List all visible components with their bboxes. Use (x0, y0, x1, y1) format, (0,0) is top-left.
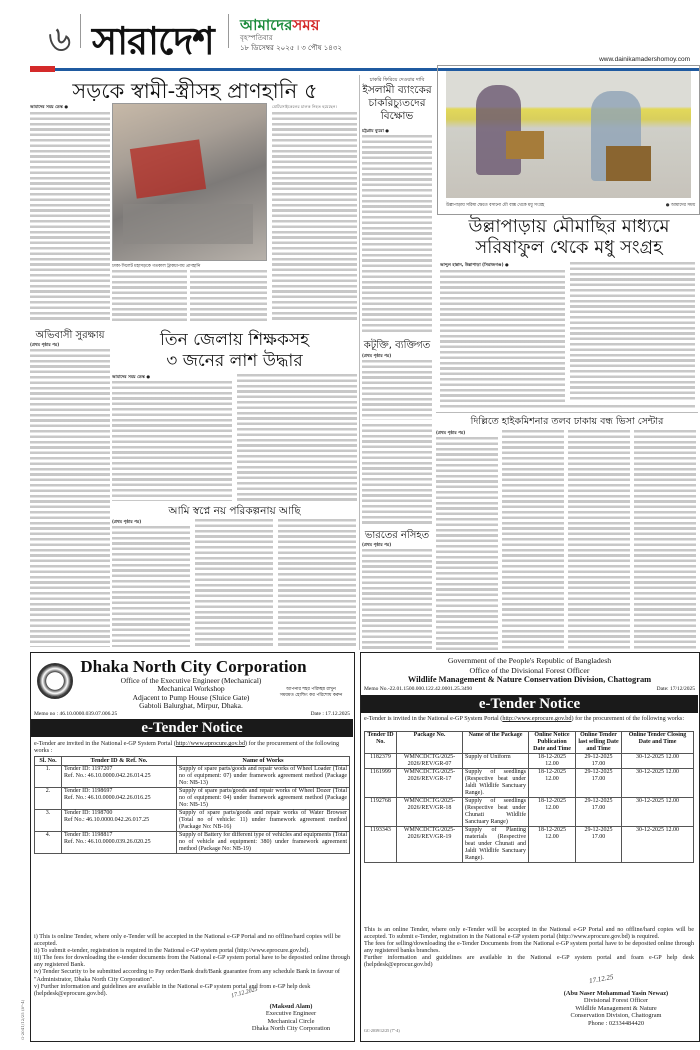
table-row: 1161999 WMNCDCTG/2025-2026/REV/GR-17 Sup… (365, 769, 694, 798)
lead-photo-caption: ঢাকা-সিলেট মহাসড়কে গতকাল ট্রাকচাপায় প্… (112, 263, 267, 270)
forest-date: Date: 17/12/2025 (657, 686, 695, 692)
high-commission-headline[interactable]: দিল্লিতে হাইকমিশনার তলব ঢাকায় বন্ধ ভিসা… (436, 415, 698, 430)
note-item: ii) To submit e-tender, registration is … (34, 947, 350, 954)
honey-byline: আব্দুল হান্নান, উল্লাপাড়া (সিরাজগঞ্জ) ● (440, 262, 565, 268)
forest-signature: 17.12.25 (588, 973, 614, 985)
col-header: Name of Works (177, 757, 350, 766)
high-commission-col2 (502, 430, 564, 650)
note-item: iii) The fees for downloading the e-tend… (34, 954, 350, 968)
forest-office: Office of the Divisional Forest Officer (361, 666, 698, 676)
forest-signatory-block: (Abu Naser Mohammad Yasin Newaz) Divisio… (536, 990, 696, 1027)
dncc-address2: Gabtoli Balurghat, Mirpur, Dhaka. (91, 702, 291, 710)
high-commission-col1 (436, 437, 498, 650)
three-districts-byline: আমাদের সময় ডেস্ক ● (112, 374, 232, 380)
forest-tender-table: Tender ID No. Package No. Name of the Pa… (364, 731, 694, 863)
note-item: The fees for selling/downloading the e-T… (364, 940, 694, 954)
col-header: Sl. No. (35, 757, 62, 766)
dncc-tender-ad: Dhaka North City Corporation Office of t… (30, 652, 355, 1042)
person-shape (476, 85, 521, 175)
dncc-notes: i) This is online Tender, where only e-T… (34, 933, 350, 997)
table-row: 1. Tender ID: 1197207Ref. No.: 46.10.000… (35, 766, 350, 788)
three-districts-col2 (237, 374, 357, 501)
forest-intro: e-Tender is invited in the National e-GP… (364, 715, 694, 722)
dncc-intro: e-Tender are invited in the National e-G… (34, 740, 350, 754)
high-commission-byline: (প্রথম পৃষ্ঠার পর) (436, 430, 498, 436)
lead-body-col1 (30, 112, 110, 322)
issue-date: ১৮ ডিসেম্বর ২০২৫ । ৩ পৌষ ১৪৩২ (240, 42, 342, 54)
remark-body-cont (362, 424, 432, 524)
forest-memo: Memo No.-22.01.1500.000.122.42.0001.25.3… (364, 686, 472, 692)
islami-byline: চট্টগ্রাম ব্যুরো ● (362, 128, 432, 134)
divider (228, 14, 229, 48)
lead-body-col2 (112, 270, 187, 322)
forest-notice-title: e-Tender Notice (361, 695, 698, 713)
note-item: Further information and guidelines are a… (364, 954, 694, 968)
table-header-row: Sl. No. Tender ID & Ref. No. Name of Wor… (35, 757, 350, 766)
honey-headline[interactable]: উল্লাপাড়ায় মৌমাছির মাধ্যমে সরিষাফুল থে… (440, 216, 698, 258)
signatory-name: (Abu Naser Mohammad Yasin Newaz) (536, 990, 696, 997)
signatory-name: (Maksud Alam) (231, 1003, 351, 1010)
not-dream-byline: (প্রথম পৃষ্ঠার পর) (112, 519, 192, 525)
website-link[interactable]: www.dainikamadershomoy.com (599, 56, 690, 63)
eprocure-link[interactable]: http://www.eprocure.gov.bd (176, 740, 245, 747)
islami-body (362, 135, 432, 335)
section-title: সারাদেশ (92, 12, 214, 76)
divider (436, 412, 698, 413)
dncc-date: Date : 17.12.2025 (311, 711, 350, 717)
migrant-byline: (প্রথম পৃষ্ঠার পর) (30, 342, 110, 348)
lead-byline: আমাদের সময় ডেস্ক ● (30, 104, 110, 110)
lead-continuation: মোটরসাইকেলের চালক নিহত হয়েছেন। (272, 104, 357, 110)
honey-photo[interactable] (446, 71, 691, 198)
india-advice-body (362, 549, 432, 649)
honey-photo-credit: ● আমাদের সময় (650, 202, 695, 209)
three-districts-col1 (112, 381, 232, 501)
note-item: This is an online Tender, where only e-T… (364, 926, 694, 940)
truck-shape (130, 139, 206, 198)
honeycomb-frame (606, 146, 651, 181)
dncc-notice-title: e-Tender Notice (31, 719, 353, 737)
forest-code: GC-2039/12/25 (7"-4) (364, 1028, 400, 1033)
forest-tender-ad: Government of the People's Republic of B… (360, 652, 700, 1042)
remark-body (362, 360, 432, 420)
headline-line-1[interactable]: তিন জেলায় শিক্ষকসহ (112, 330, 357, 351)
honeycomb-frame (506, 131, 544, 159)
honey-photo-caption: উল্লাপাড়ায় সরিষা ক্ষেতে বসানো মৌ বাক্স… (446, 202, 626, 209)
road-shape (123, 204, 253, 244)
headline-line-2[interactable]: ৩ জনের লাশ উদ্ধার (112, 351, 357, 372)
dncc-tender-table: Sl. No. Tender ID & Ref. No. Name of Wor… (34, 756, 350, 854)
honey-body-col2 (570, 262, 695, 400)
table-row: 4. Tender ID: 1198817Ref. No.: 46.10.000… (35, 832, 350, 854)
dncc-signatory-block: (Maksud Alam) Executive Engineer Mechani… (231, 1003, 351, 1033)
honey-body-col1 (440, 270, 565, 405)
table-row: 1192768 WMNCDCTG/2025-2026/REV/GR-18 Sup… (365, 798, 694, 827)
lead-body-col3 (190, 270, 267, 322)
dncc-code: G-2041/12/25 (8"-4) (20, 1000, 25, 1040)
dncc-memo: Memo no : 46.10.0000.039.07.006.25 (34, 711, 117, 717)
table-row: 3. Tender ID: 1198700Ref No.: 46.10.0000… (35, 810, 350, 832)
dncc-office-block: Office of the Executive Engineer (Mechan… (91, 677, 291, 710)
high-commission-col4 (634, 430, 696, 650)
lead-photo[interactable] (112, 103, 267, 261)
dncc-org-name: Dhaka North City Corporation (31, 657, 356, 677)
note-item: v) Further information and guidelines ar… (34, 983, 350, 997)
col-header: Tender ID & Ref. No. (62, 757, 177, 766)
forest-division: Wildlife Management & Nature Conservatio… (361, 675, 698, 685)
column-divider (359, 75, 360, 650)
honey-body-end (440, 405, 695, 410)
remark-byline: (প্রথম পৃষ্ঠার পর) (362, 353, 432, 359)
divider (80, 14, 81, 48)
header-accent-red (30, 66, 55, 72)
page-number: ৬ (48, 12, 71, 72)
brand-part2: সময় (292, 16, 319, 34)
forest-notes: This is an online Tender, where only e-T… (364, 926, 694, 969)
high-commission-col3 (568, 430, 630, 650)
islami-headline[interactable]: ইসলামী ব্যাংকের চাকরিচ্যুতদের বিক্ষোভ (362, 84, 432, 123)
dncc-slogan2: সময়মত হোল্ডিং কর পরিশোধ করুন (269, 693, 353, 699)
table-row: 1182379 WMNCDCTG/2025-2026/REV/GR-07 Sup… (365, 754, 694, 769)
india-advice-byline: (প্রথম পৃষ্ঠার পর) (362, 542, 432, 548)
table-header-row: Tender ID No. Package No. Name of the Pa… (365, 732, 694, 754)
table-row: 2. Tender ID: 1198697Ref. No.: 46.10.000… (35, 788, 350, 810)
note-item: iv) Tender Security to be submitted acco… (34, 968, 350, 982)
three-districts-headline: তিন জেলায় শিক্ষকসহ৩ জনের লাশ উদ্ধার (112, 330, 357, 372)
not-dream-col3 (278, 519, 356, 647)
lead-body-col4 (272, 112, 357, 322)
migrant-body (30, 349, 110, 647)
forest-gov: Government of the People's Republic of B… (361, 656, 698, 666)
eprocure-link[interactable]: http://www.eprocure.gov.bd (502, 715, 571, 722)
note-item: i) This is online Tender, where only e-T… (34, 933, 350, 947)
not-dream-col1 (112, 526, 190, 647)
not-dream-col2 (195, 519, 273, 647)
table-row: 1193343 WMNCDCTG/2025-2026/REV/GR-19 Sup… (365, 827, 694, 863)
